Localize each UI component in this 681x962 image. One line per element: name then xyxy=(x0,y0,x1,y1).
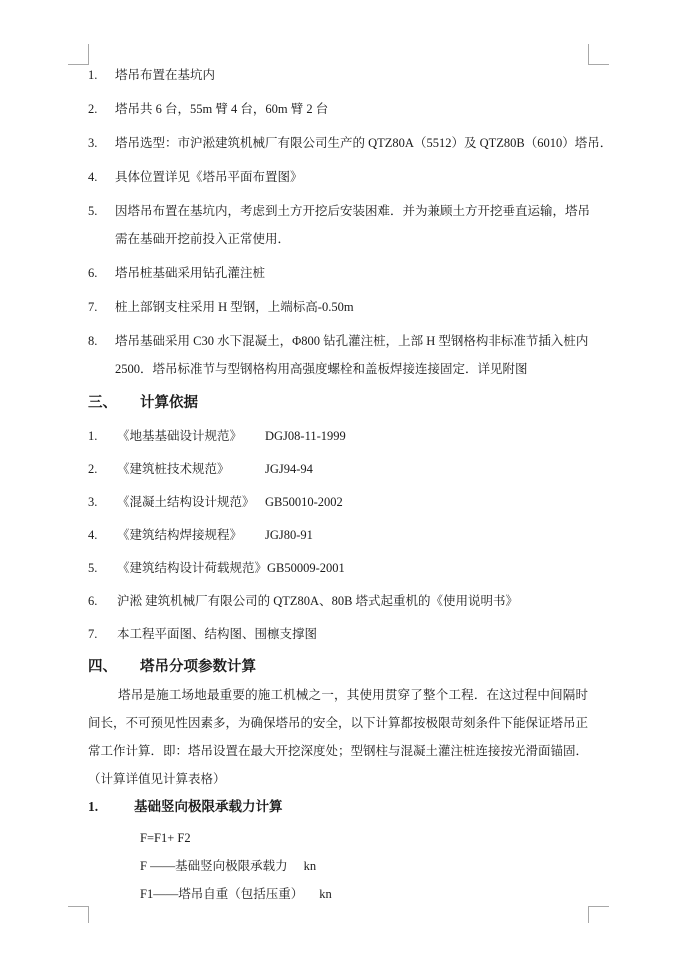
list-item-number: 1. xyxy=(88,61,115,89)
reference-item-number: 6. xyxy=(88,587,117,615)
list-item: 3. 塔吊选型：市沪淞建筑机械厂有限公司生产的 QTZ80A（5512）及 QT… xyxy=(88,129,588,157)
subsection-heading-number: 1. xyxy=(88,793,134,821)
text-line: 塔吊选型：市沪淞建筑机械厂有限公司生产的 QTZ80A（5512）及 QTZ80… xyxy=(115,129,588,157)
text-line: 具体位置详见《塔吊平面布置图》 xyxy=(115,163,588,191)
text-line: 需在基础开挖前投入正常使用． xyxy=(115,225,588,253)
crop-mark-top-left-icon xyxy=(68,44,89,65)
text-line: 塔吊布置在基坑内 xyxy=(115,61,588,89)
reference-item-title: 沪淞 建筑机械厂有限公司的 QTZ80A、80B 塔式起重机的《使用说明书》 xyxy=(117,587,518,615)
reference-item-title: 《建筑结构焊接规程》 xyxy=(117,521,265,549)
list-item-text: 因塔吊布置在基坑内，考虑到土方开挖后安装困难．并为兼顾土方开挖垂直运输，塔吊需在… xyxy=(115,197,588,253)
subsection-heading-title: 基础竖向极限承载力计算 xyxy=(134,793,283,821)
formula-line: F=F1+ F2 xyxy=(140,824,588,852)
list-item-number: 4. xyxy=(88,163,115,191)
crop-mark-bottom-left-icon xyxy=(68,906,89,923)
formula-line: F1——塔吊自重（包括压重）kn xyxy=(140,880,588,908)
list-item-text: 塔吊共 6 台，55m 臂 4 台，60m 臂 2 台 xyxy=(115,95,588,123)
paragraph-line: 塔吊是施工场地最重要的施工机械之一，其使用贯穿了整个工程．在这过程中间隔时 xyxy=(88,681,588,709)
formula-unit: kn xyxy=(319,887,332,901)
list-item: 1. 塔吊布置在基坑内 xyxy=(88,61,588,89)
reference-item-code: GB50010-2002 xyxy=(265,488,343,516)
reference-item-number: 5. xyxy=(88,554,117,582)
reference-item-title: 《建筑结构设计荷载规范》 xyxy=(117,554,267,582)
formula-unit: kn xyxy=(304,859,317,873)
text-line: 2500．塔吊标准节与型钢格构用高强度螺栓和盖板焊接连接固定．详见附图 xyxy=(115,355,588,383)
list-item-number: 7. xyxy=(88,293,115,321)
list-item: 2. 塔吊共 6 台，55m 臂 4 台，60m 臂 2 台 xyxy=(88,95,588,123)
section-heading-number: 三、 xyxy=(88,389,140,417)
reference-item-code: GB50009-2001 xyxy=(267,554,345,582)
list-item-text: 塔吊基础采用 C30 水下混凝土，Φ800 钻孔灌注桩，上部 H 型钢格构非标准… xyxy=(115,327,588,383)
list-item: 4. 具体位置详见《塔吊平面布置图》 xyxy=(88,163,588,191)
reference-item-number: 2. xyxy=(88,455,117,483)
reference-item: 3. 《混凝土结构设计规范》 GB50010-2002 xyxy=(88,488,588,516)
reference-item: 7. 本工程平面图、结构图、围檩支撑图 xyxy=(88,620,588,648)
text-line: 塔吊桩基础采用钻孔灌注桩 xyxy=(115,259,588,287)
reference-item: 5. 《建筑结构设计荷载规范》 GB50009-2001 xyxy=(88,554,588,582)
reference-item: 2. 《建筑桩技术规范》 JGJ94-94 xyxy=(88,455,588,483)
reference-item: 6. 沪淞 建筑机械厂有限公司的 QTZ80A、80B 塔式起重机的《使用说明书… xyxy=(88,587,588,615)
list-item-text: 塔吊布置在基坑内 xyxy=(115,61,588,89)
reference-item-title: 《地基基础设计规范》 xyxy=(117,422,265,450)
list-item-number: 2. xyxy=(88,95,115,123)
subsection-heading: 1. 基础竖向极限承载力计算 xyxy=(88,793,588,821)
page-content: 1. 塔吊布置在基坑内 2. 塔吊共 6 台，55m 臂 4 台，60m 臂 2… xyxy=(88,0,588,908)
intro-numbered-list: 1. 塔吊布置在基坑内 2. 塔吊共 6 台，55m 臂 4 台，60m 臂 2… xyxy=(88,61,588,383)
list-item-number: 6. xyxy=(88,259,115,287)
reference-item-title: 《建筑桩技术规范》 xyxy=(117,455,265,483)
formula-expression: F=F1+ F2 xyxy=(140,831,191,845)
paragraph-line: 间长，不可预见性因素多，为确保塔吊的安全，以下计算都按极限苛刻条件下能保证塔吊正 xyxy=(88,709,588,737)
formula-expression: F ——基础竖向极限承载力 xyxy=(140,859,288,873)
list-item-text: 塔吊桩基础采用钻孔灌注桩 xyxy=(115,259,588,287)
text-line: 塔吊共 6 台，55m 臂 4 台，60m 臂 2 台 xyxy=(115,95,588,123)
list-item-text: 桩上部钢支柱采用 H 型钢，上端标高-0.50m xyxy=(115,293,588,321)
section-heading-four: 四、 塔吊分项参数计算 xyxy=(88,653,588,681)
list-item: 7. 桩上部钢支柱采用 H 型钢，上端标高-0.50m xyxy=(88,293,588,321)
list-item: 8. 塔吊基础采用 C30 水下混凝土，Φ800 钻孔灌注桩，上部 H 型钢格构… xyxy=(88,327,588,383)
list-item-number: 3. xyxy=(88,129,115,157)
reference-item-code: DGJ08-11-1999 xyxy=(265,422,346,450)
text-line: 塔吊基础采用 C30 水下混凝土，Φ800 钻孔灌注桩，上部 H 型钢格构非标准… xyxy=(115,327,588,355)
reference-item-title: 本工程平面图、结构图、围檩支撑图 xyxy=(117,620,317,648)
section-four-paragraph: 塔吊是施工场地最重要的施工机械之一，其使用贯穿了整个工程．在这过程中间隔时间长，… xyxy=(88,681,588,793)
crop-mark-top-right-icon xyxy=(588,44,609,65)
reference-item-number: 7. xyxy=(88,620,117,648)
section-heading-title: 塔吊分项参数计算 xyxy=(140,653,256,681)
reference-list: 1. 《地基基础设计规范》 DGJ08-11-1999 2. 《建筑桩技术规范》… xyxy=(88,422,588,648)
section-heading-title: 计算依据 xyxy=(140,389,198,417)
section-heading-three: 三、 计算依据 xyxy=(88,389,588,417)
list-item: 5. 因塔吊布置在基坑内，考虑到土方开挖后安装困难．并为兼顾土方开挖垂直运输，塔… xyxy=(88,197,588,253)
formula-expression: F1——塔吊自重（包括压重） xyxy=(140,887,303,901)
reference-item-code: JGJ80-91 xyxy=(265,521,313,549)
text-line: 因塔吊布置在基坑内，考虑到土方开挖后安装困难．并为兼顾土方开挖垂直运输，塔吊 xyxy=(115,197,588,225)
reference-item-number: 4. xyxy=(88,521,117,549)
crop-mark-bottom-right-icon xyxy=(588,906,609,923)
list-item: 6. 塔吊桩基础采用钻孔灌注桩 xyxy=(88,259,588,287)
list-item-text: 具体位置详见《塔吊平面布置图》 xyxy=(115,163,588,191)
list-item-number: 8. xyxy=(88,327,115,383)
text-line: 桩上部钢支柱采用 H 型钢，上端标高-0.50m xyxy=(115,293,588,321)
reference-item: 1. 《地基基础设计规范》 DGJ08-11-1999 xyxy=(88,422,588,450)
document-page: 1. 塔吊布置在基坑内 2. 塔吊共 6 台，55m 臂 4 台，60m 臂 2… xyxy=(0,0,681,962)
formula-block: F=F1+ F2 F ——基础竖向极限承载力kn F1——塔吊自重（包括压重）k… xyxy=(140,824,588,908)
list-item-number: 5. xyxy=(88,197,115,253)
reference-item-title: 《混凝土结构设计规范》 xyxy=(117,488,265,516)
paragraph-line: 常工作计算．即：塔吊设置在最大开挖深度处；型钢柱与混凝土灌注桩连接按光滑面锚固． xyxy=(88,737,588,765)
reference-item-number: 3. xyxy=(88,488,117,516)
section-heading-number: 四、 xyxy=(88,653,140,681)
paragraph-line: （计算详值见计算表格） xyxy=(88,765,588,793)
reference-item: 4. 《建筑结构焊接规程》 JGJ80-91 xyxy=(88,521,588,549)
reference-item-number: 1. xyxy=(88,422,117,450)
list-item-text: 塔吊选型：市沪淞建筑机械厂有限公司生产的 QTZ80A（5512）及 QTZ80… xyxy=(115,129,588,157)
reference-item-code: JGJ94-94 xyxy=(265,455,313,483)
formula-line: F ——基础竖向极限承载力kn xyxy=(140,852,588,880)
